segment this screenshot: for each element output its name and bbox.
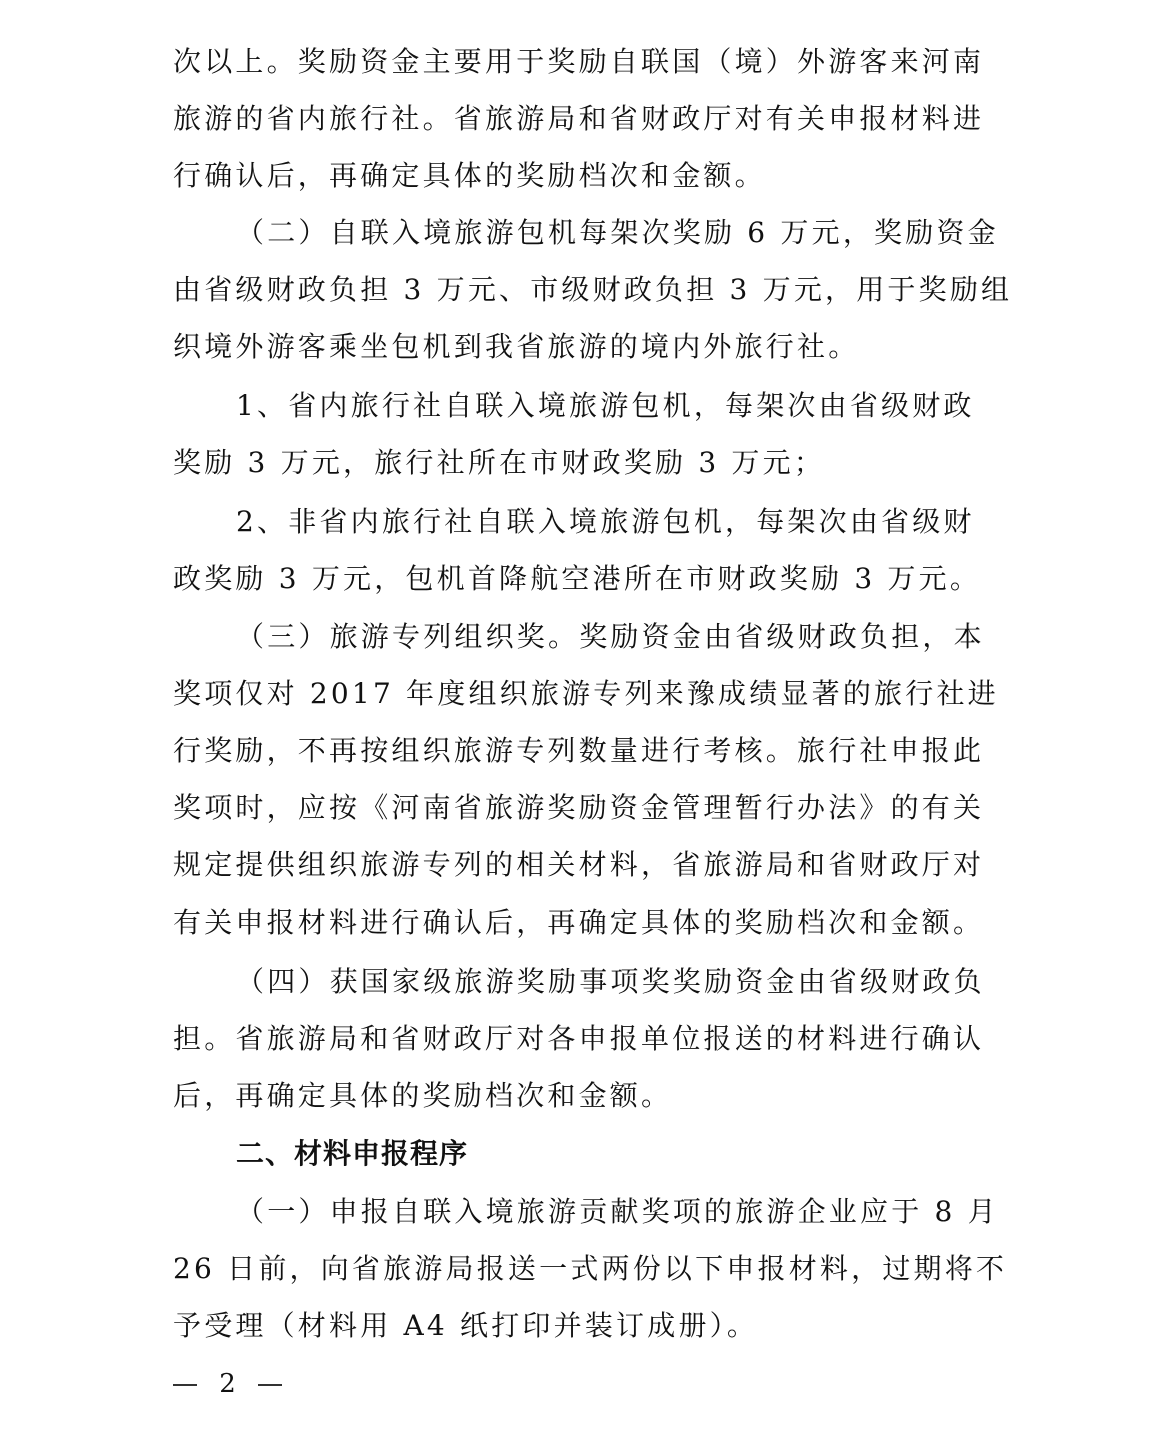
text-line: 奖项仅对 2017 年度组织旅游专列来豫成绩显著的旅行社进	[173, 674, 973, 714]
text-line: 有关申报材料进行确认后，再确定具体的奖励档次和金额。	[173, 903, 973, 943]
text-line: 1、省内旅行社自联入境旅游包机，每架次由省级财政	[236, 386, 976, 426]
text-line: 予受理（材料用 A4 纸打印并装订成册）。	[173, 1306, 973, 1346]
text-line: （一）申报自联入境旅游贡献奖项的旅游企业应于 8 月	[236, 1192, 976, 1232]
section-heading: 二、材料申报程序	[236, 1134, 976, 1174]
text-line: （三）旅游专列组织奖。奖励资金由省级财政负担，本	[236, 617, 976, 657]
text-line: 行奖励，不再按组织旅游专列数量进行考核。旅行社申报此	[173, 731, 973, 771]
text-line: 规定提供组织旅游专列的相关材料，省旅游局和省财政厅对	[173, 845, 973, 885]
page-number: 2	[219, 1366, 236, 1402]
text-line: （二）自联入境旅游包机每架次奖励 6 万元，奖励资金	[236, 213, 976, 253]
text-line: 行确认后，再确定具体的奖励档次和金额。	[173, 156, 973, 196]
text-line: 奖项时，应按《河南省旅游奖励资金管理暂行办法》的有关	[173, 788, 973, 828]
page-number-footer: 2	[173, 1366, 282, 1402]
text-line: 政奖励 3 万元，包机首降航空港所在市财政奖励 3 万元。	[173, 559, 973, 599]
text-line: 26 日前，向省旅游局报送一式两份以下申报材料，过期将不	[173, 1249, 973, 1289]
text-line: 旅游的省内旅行社。省旅游局和省财政厅对有关申报材料进	[173, 99, 973, 139]
text-line: 奖励 3 万元，旅行社所在市财政奖励 3 万元；	[173, 443, 973, 483]
text-line: 2、非省内旅行社自联入境旅游包机，每架次由省级财	[236, 502, 976, 542]
dash-left	[173, 1384, 197, 1386]
document-page: 次以上。奖励资金主要用于奖励自联国（境）外游客来河南 旅游的省内旅行社。省旅游局…	[0, 0, 1152, 1452]
text-line: 次以上。奖励资金主要用于奖励自联国（境）外游客来河南	[173, 42, 973, 82]
dash-right	[258, 1384, 282, 1386]
text-line: 织境外游客乘坐包机到我省旅游的境内外旅行社。	[173, 327, 973, 367]
text-line: 由省级财政负担 3 万元、市级财政负担 3 万元，用于奖励组	[173, 270, 973, 310]
text-line: 担。省旅游局和省财政厅对各申报单位报送的材料进行确认	[173, 1019, 973, 1059]
text-line: （四）获国家级旅游奖励事项奖奖励资金由省级财政负	[236, 962, 976, 1002]
text-line: 后，再确定具体的奖励档次和金额。	[173, 1076, 973, 1116]
